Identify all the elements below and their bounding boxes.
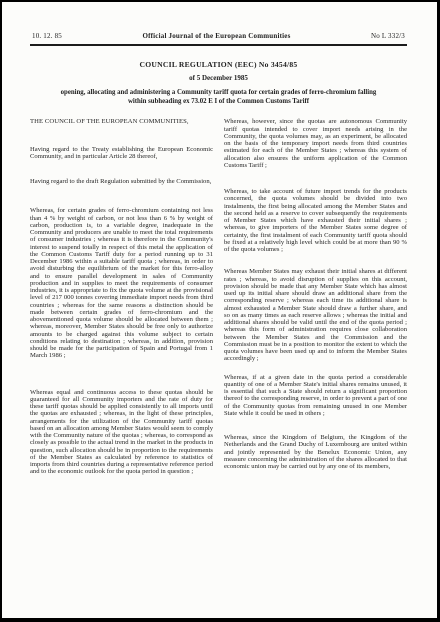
paragraph-whereas-access: Whereas equal and continuous access to t… — [30, 389, 213, 476]
paragraph-having-regard-draft: Having regard to the draft Regulation su… — [30, 178, 213, 185]
header-date: 10. 12. 85 — [32, 32, 62, 40]
paragraph-council: THE COUNCIL OF THE EUROPEAN COMMUNITIES, — [30, 118, 213, 125]
two-column-body: THE COUNCIL OF THE EUROPEAN COMMUNITIES,… — [30, 118, 407, 475]
regulation-title-block: COUNCIL REGULATION (EEC) No 3454/85 of 5… — [30, 60, 407, 106]
header-journal-title: Official Journal of the European Communi… — [142, 32, 290, 40]
paragraph-whereas-instalments: Whereas, to take account of future impor… — [224, 188, 407, 253]
paragraph-having-regard-treaty: Having regard to the Treaty establishing… — [30, 146, 213, 161]
paragraph-whereas-exhaust: Whereas Member States may exhaust their … — [224, 268, 407, 362]
left-column: THE COUNCIL OF THE EUROPEAN COMMUNITIES,… — [30, 118, 213, 475]
regulation-subtitle: opening, allocating and administering a … — [58, 89, 380, 106]
page-header: 10. 12. 85 Official Journal of the Europ… — [30, 32, 407, 46]
header-issue-number: No L 332/3 — [371, 32, 405, 40]
regulation-date: of 5 December 1985 — [30, 74, 407, 82]
paragraph-whereas-unused: Whereas, if at a given date in the quota… — [224, 374, 407, 418]
paragraph-whereas-autonomous: Whereas, however, since the quotas are a… — [224, 118, 407, 169]
paragraph-whereas-benelux: Whereas, since the Kingdom of Belgium, t… — [224, 434, 407, 470]
right-column: Whereas, however, since the quotas are a… — [224, 118, 407, 475]
journal-page: 10. 12. 85 Official Journal of the Europ… — [2, 2, 437, 618]
regulation-title: COUNCIL REGULATION (EEC) No 3454/85 — [30, 60, 407, 69]
paragraph-whereas-grades: Whereas, for certain grades of ferro-chr… — [30, 207, 213, 359]
